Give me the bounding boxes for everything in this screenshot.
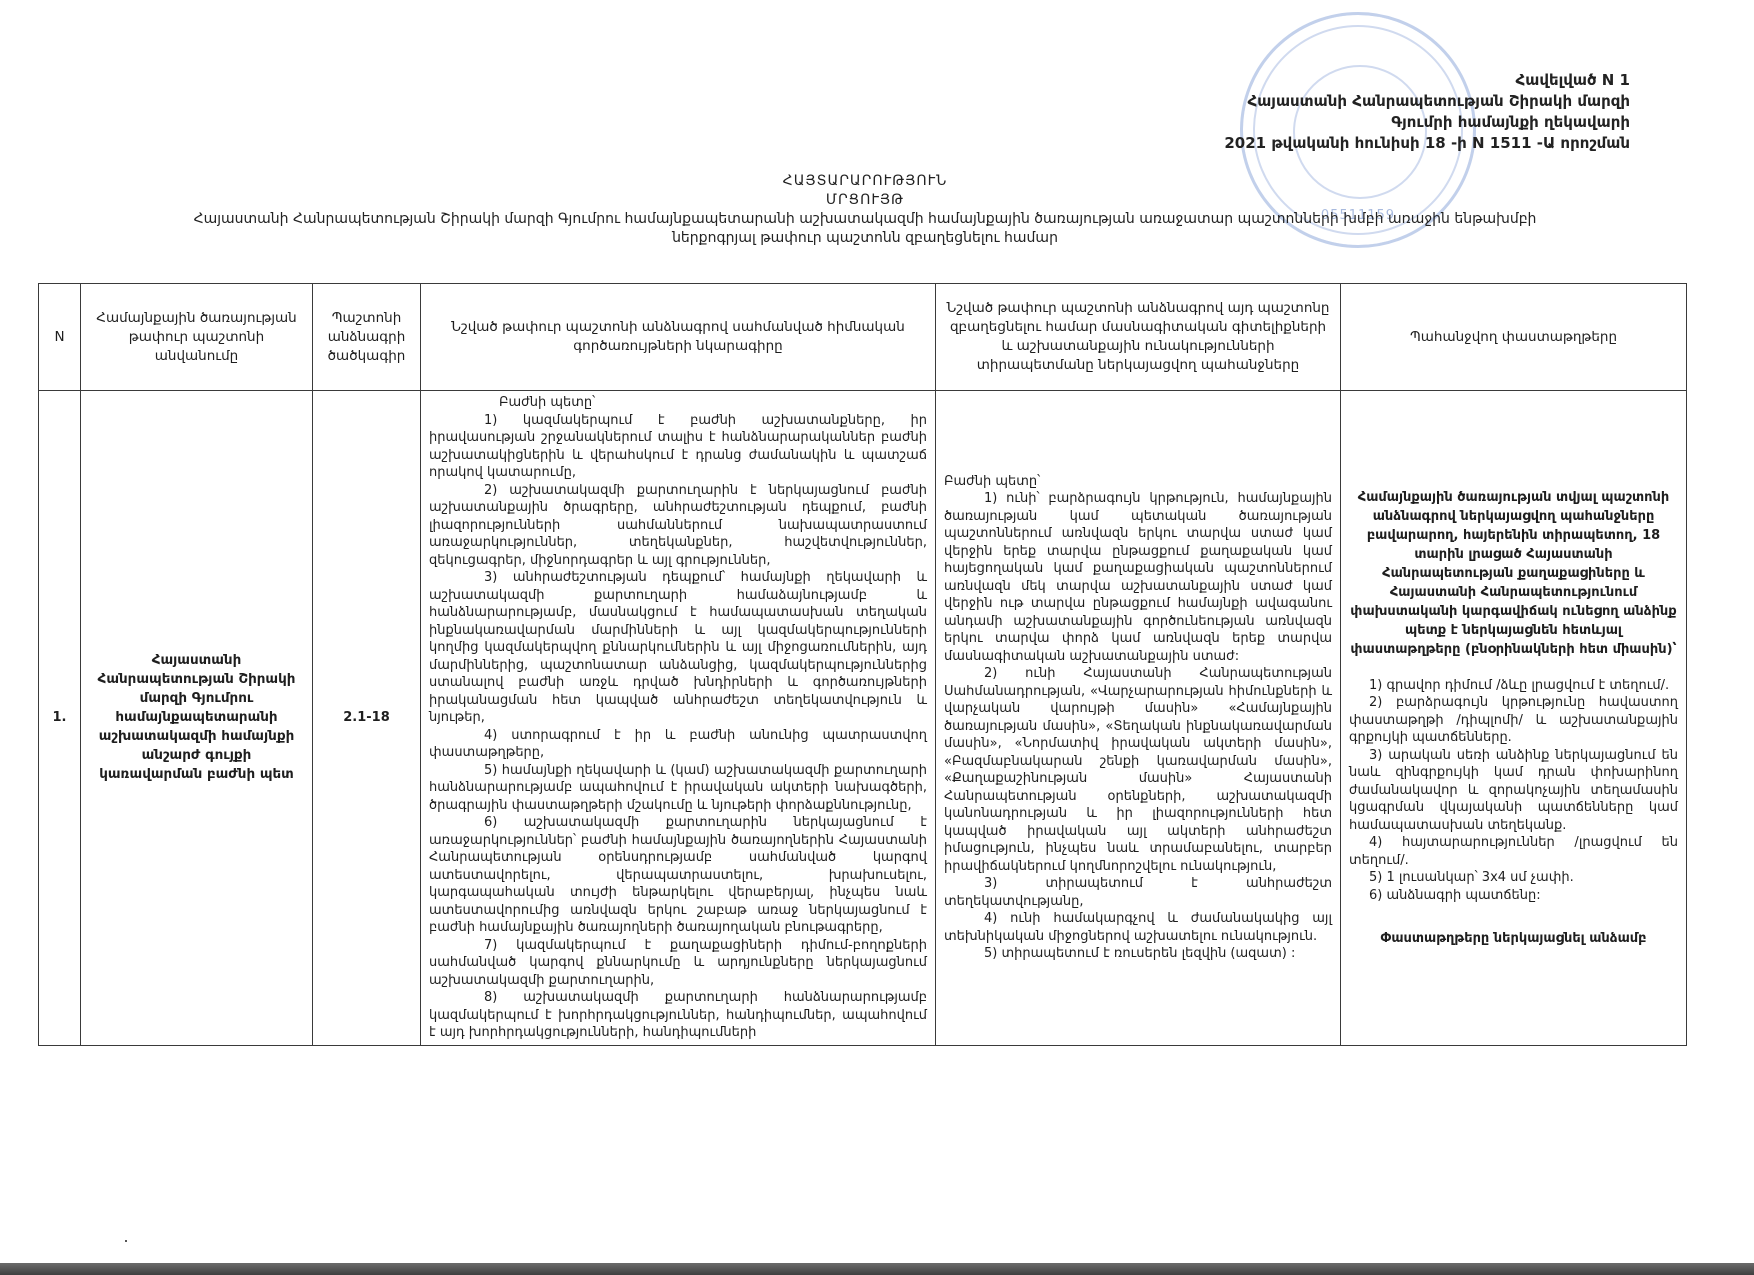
documents-closing: Փաստաթղթերը ներկայացնել անձամբ	[1349, 930, 1678, 948]
requirement-item: 5) տիրապետում է ռուսերեն լեզվին (ազատ) :	[944, 945, 1332, 963]
functions-cell: Բաժնի պետը՝ 1) կազմակերպում է բաժնի աշխա…	[421, 391, 936, 1046]
function-item: 4) ստորագրում է իր և բաժնի անունից պատրա…	[429, 727, 927, 762]
document-subtitle: ՄՐՑՈՒՅԹ	[40, 191, 1690, 210]
vacancy-table: N Համայնքային ծառայության թափուր պաշտոնի…	[38, 283, 1687, 1046]
annex-authority-head: Գյումրի համայնքի ղեկավարի	[1224, 112, 1630, 133]
scan-speck	[125, 1240, 127, 1242]
table-header-row: N Համայնքային ծառայության թափուր պաշտոնի…	[39, 284, 1687, 391]
function-item: 7) կազմակերպում է քաղաքացիների դիմում-բո…	[429, 937, 927, 990]
row-number: 1.	[39, 391, 81, 1046]
requirement-item: 3) տիրապետում է անհրաժեշտ տեղեկատվության…	[944, 875, 1332, 910]
requirements-heading: Բաժնի պետը՝	[944, 473, 1332, 491]
annex-decision-ref: 2021 թվականի հունիսի 18 -ի N 1511 -Ա որո…	[1224, 133, 1630, 154]
function-item: 1) կազմակերպում է բաժնի աշխատանքները, իր…	[429, 412, 927, 482]
col-header-functions: Նշված թափուր պաշտոնի անձնագրով սահմանված…	[421, 284, 936, 391]
function-item: 5) համայնքի ղեկավարի և (կամ) աշխատակազմի…	[429, 762, 927, 815]
documents-intro: Համայնքային ծառայության տվյալ պաշտոնի ան…	[1349, 488, 1678, 659]
document-item: 6) անձնագրի պատճենը:	[1349, 887, 1678, 905]
document-description-1: Հայաստանի Հանրապետության Շիրակի մարզի Գյ…	[40, 210, 1690, 229]
document-title: ՀԱՅՏԱՐԱՐՈՒԹՅՈՒՆ	[40, 172, 1690, 191]
col-header-position-name: Համայնքային ծառայության թափուր պաշտոնի ա…	[81, 284, 313, 391]
passport-code: 2.1-18	[313, 391, 421, 1046]
requirement-item: 4) ունի համակարգչով և ժամանակակից այլ տե…	[944, 910, 1332, 945]
position-name: Հայաստանի Հանրապետության Շիրակի մարզի Գյ…	[81, 391, 313, 1046]
col-header-number: N	[39, 284, 81, 391]
annex-header: Հավելված N 1 Հայաստանի Հանրապետության Շի…	[1224, 70, 1630, 154]
annex-authority: Հայաստանի Հանրապետության Շիրակի մարզի	[1224, 91, 1630, 112]
requirement-item: 2) ունի Հայաստանի Հանրապետության Սահմանա…	[944, 665, 1332, 875]
document-item: 2) բարձրագույն կրթությունը հավաստող փաստ…	[1349, 694, 1678, 747]
documents-cell: Համայնքային ծառայության տվյալ պաշտոնի ան…	[1341, 391, 1687, 1046]
function-item: 2) աշխատակազմի քարտուղարին է ներկայացնու…	[429, 482, 927, 570]
function-item: 3) անհրաժեշտության դեպքում՝ համայնքի ղեկ…	[429, 569, 927, 727]
document-description-2: ներքոգրյալ թափուր պաշտոնն զբաղեցնելու հա…	[40, 229, 1690, 248]
function-item: 8) աշխատակազմի քարտուղարի հանձնարարությա…	[429, 989, 927, 1042]
functions-heading: Բաժնի պետը՝	[429, 394, 927, 412]
document-heading: ՀԱՅՏԱՐԱՐՈՒԹՅՈՒՆ ՄՐՑՈՒՅԹ Հայաստանի Հանրապ…	[40, 172, 1690, 248]
col-header-documents: Պահանջվող փաստաթղթերը	[1341, 284, 1687, 391]
requirements-cell: Բաժնի պետը՝ 1) ունի՝ բարձրագույն կրթությ…	[936, 391, 1341, 1046]
document-item: 1) գրավոր դիմում /ձևը լրացվում է տեղում/…	[1349, 677, 1678, 695]
document-item: 4) հայտարարություններ /լրացվում են տեղու…	[1349, 834, 1678, 869]
document-item: 3) արական սեռի անձինք ներկայացնում են նա…	[1349, 747, 1678, 835]
requirement-item: 1) ունի՝ բարձրագույն կրթություն, համայնք…	[944, 490, 1332, 665]
document-item: 5) 1 լուսանկար՝ 3x4 սմ չափի.	[1349, 869, 1678, 887]
table-row: 1. Հայաստանի Հանրապետության Շիրակի մարզի…	[39, 391, 1687, 1046]
function-item: 6) աշխատակազմի քարտուղարին ներկայացնում …	[429, 814, 927, 937]
annex-number: Հավելված N 1	[1224, 70, 1630, 91]
col-header-requirements: Նշված թափուր պաշտոնի անձնագրով այդ պաշտո…	[936, 284, 1341, 391]
scanner-edge-band	[0, 1263, 1754, 1275]
col-header-passport-code: Պաշտոնի անձնագրի ծածկագիր	[313, 284, 421, 391]
